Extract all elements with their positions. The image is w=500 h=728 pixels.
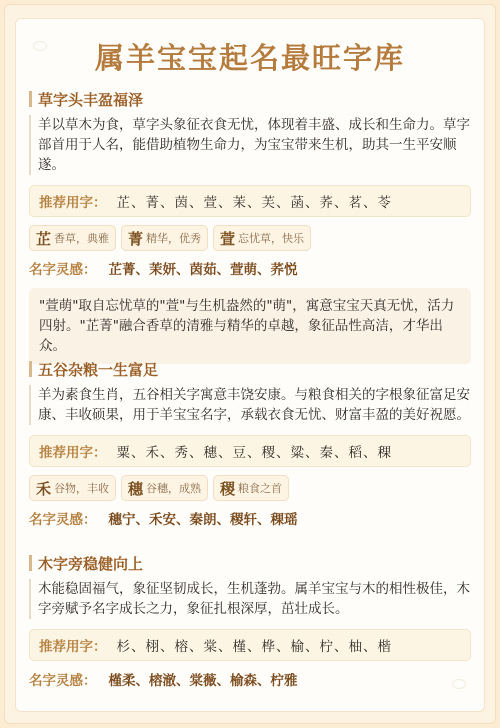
section-title: 草字头丰盈福泽 [38,89,143,110]
chip-desc: 谷穗，成熟 [146,480,201,496]
section-heading: 草字头丰盈福泽 [29,88,471,110]
page-title: 属羊宝宝起名最旺字库 [16,36,484,77]
recommended-chars-box: 推荐用字： 粟、禾、秀、穗、豆、稷、粱、秦、稻、稞 [29,435,471,467]
recommended-label: 推荐用字： [39,191,107,211]
chip-desc: 粮食之首 [238,480,282,496]
char-chip: 芷 香草，典雅 [29,225,116,251]
name-inspiration-row: 名字灵感： 槿柔、榕澈、棠薇、榆森、柠雅 [29,669,471,689]
recommended-chars: 粟、禾、秀、穗、豆、稷、粱、秦、稻、稞 [117,441,393,461]
chip-char: 禾 [36,478,51,499]
chip-desc: 香草，典雅 [54,230,109,246]
chip-char: 萱 [220,228,235,249]
inspiration-names: 槿柔、榕澈、棠薇、榆森、柠雅 [109,669,298,689]
inspiration-names: 穗宁、禾安、秦朗、稷轩、稞瑶 [109,508,298,528]
inspiration-label: 名字灵感： [29,669,97,689]
heading-accent-bar [29,361,32,377]
recommended-chars-box: 推荐用字： 芷、菁、茵、萱、茉、芙、菡、荞、茗、苓 [29,185,471,217]
chip-desc: 精华，优秀 [146,230,201,246]
name-explanation-note: "萱萌"取自忘忧草的"萱"与生机盎然的"萌"，寓意宝宝天真无忧，活力四射。"芷菁… [29,288,471,364]
section-grains: 五谷杂粮一生富足 羊为素食生肖，五谷相关字寓意丰饶安康。与粮食相关的字根象征富足… [29,358,471,528]
char-chip: 穗 谷穗，成熟 [121,475,208,501]
char-chip: 稷 粮食之首 [213,475,289,501]
char-chips: 禾 谷物，丰收 穗 谷穗，成熟 稷 粮食之首 [29,475,471,501]
section-title: 木字旁稳健向上 [38,553,143,574]
section-heading: 木字旁稳健向上 [29,552,471,574]
char-chips: 芷 香草，典雅 菁 精华，优秀 萱 忘忧草，快乐 [29,225,471,251]
inspiration-label: 名字灵感： [29,508,97,528]
recommended-chars-box: 推荐用字： 杉、栩、榕、棠、槿、桦、榆、柠、柚、楷 [29,629,471,661]
recommended-chars: 杉、栩、榕、棠、槿、桦、榆、柠、柚、楷 [117,635,393,655]
chip-char: 穗 [128,478,143,499]
chip-desc: 谷物，丰收 [54,480,109,496]
name-inspiration-row: 名字灵感： 穗宁、禾安、秦朗、稷轩、稞瑶 [29,508,471,528]
section-description: 羊以草木为食，草字头象征衣食无忧，体现着丰盛、成长和生命力。草字部首用于人名，能… [29,115,471,175]
char-chip: 禾 谷物，丰收 [29,475,116,501]
chip-desc: 忘忧草，快乐 [238,230,304,246]
heading-accent-bar [29,555,32,571]
name-inspiration-row: 名字灵感： 芷菁、茉妍、茵茹、萱萌、荞悦 [29,258,471,278]
chip-char: 菁 [128,228,143,249]
section-grass-radical: 草字头丰盈福泽 羊以草木为食，草字头象征衣食无忧，体现着丰盛、成长和生命力。草字… [29,88,471,364]
inspiration-label: 名字灵感： [29,258,97,278]
content-card: 属羊宝宝起名最旺字库 草字头丰盈福泽 羊以草木为食，草字头象征衣食无忧，体现着丰… [15,18,485,712]
section-description: 羊为素食生肖，五谷相关字寓意丰饶安康。与粮食相关的字根象征富足安康、丰收硕果，用… [29,385,471,425]
recommended-chars: 芷、菁、茵、萱、茉、芙、菡、荞、茗、苓 [117,191,393,211]
chip-char: 芷 [36,228,51,249]
section-title: 五谷杂粮一生富足 [38,359,158,380]
section-heading: 五谷杂粮一生富足 [29,358,471,380]
chip-char: 稷 [220,478,235,499]
inspiration-names: 芷菁、茉妍、茵茹、萱萌、荞悦 [109,258,298,278]
recommended-label: 推荐用字： [39,441,107,461]
section-description: 木能稳固福气，象征坚韧成长，生机蓬勃。属羊宝宝与木的相性极佳，木字旁赋予名字成长… [29,579,471,619]
heading-accent-bar [29,91,32,107]
section-wood-radical: 木字旁稳健向上 木能稳固福气，象征坚韧成长，生机蓬勃。属羊宝宝与木的相性极佳，木… [29,552,471,689]
recommended-label: 推荐用字： [39,635,107,655]
char-chip: 萱 忘忧草，快乐 [213,225,311,251]
char-chip: 菁 精华，优秀 [121,225,208,251]
